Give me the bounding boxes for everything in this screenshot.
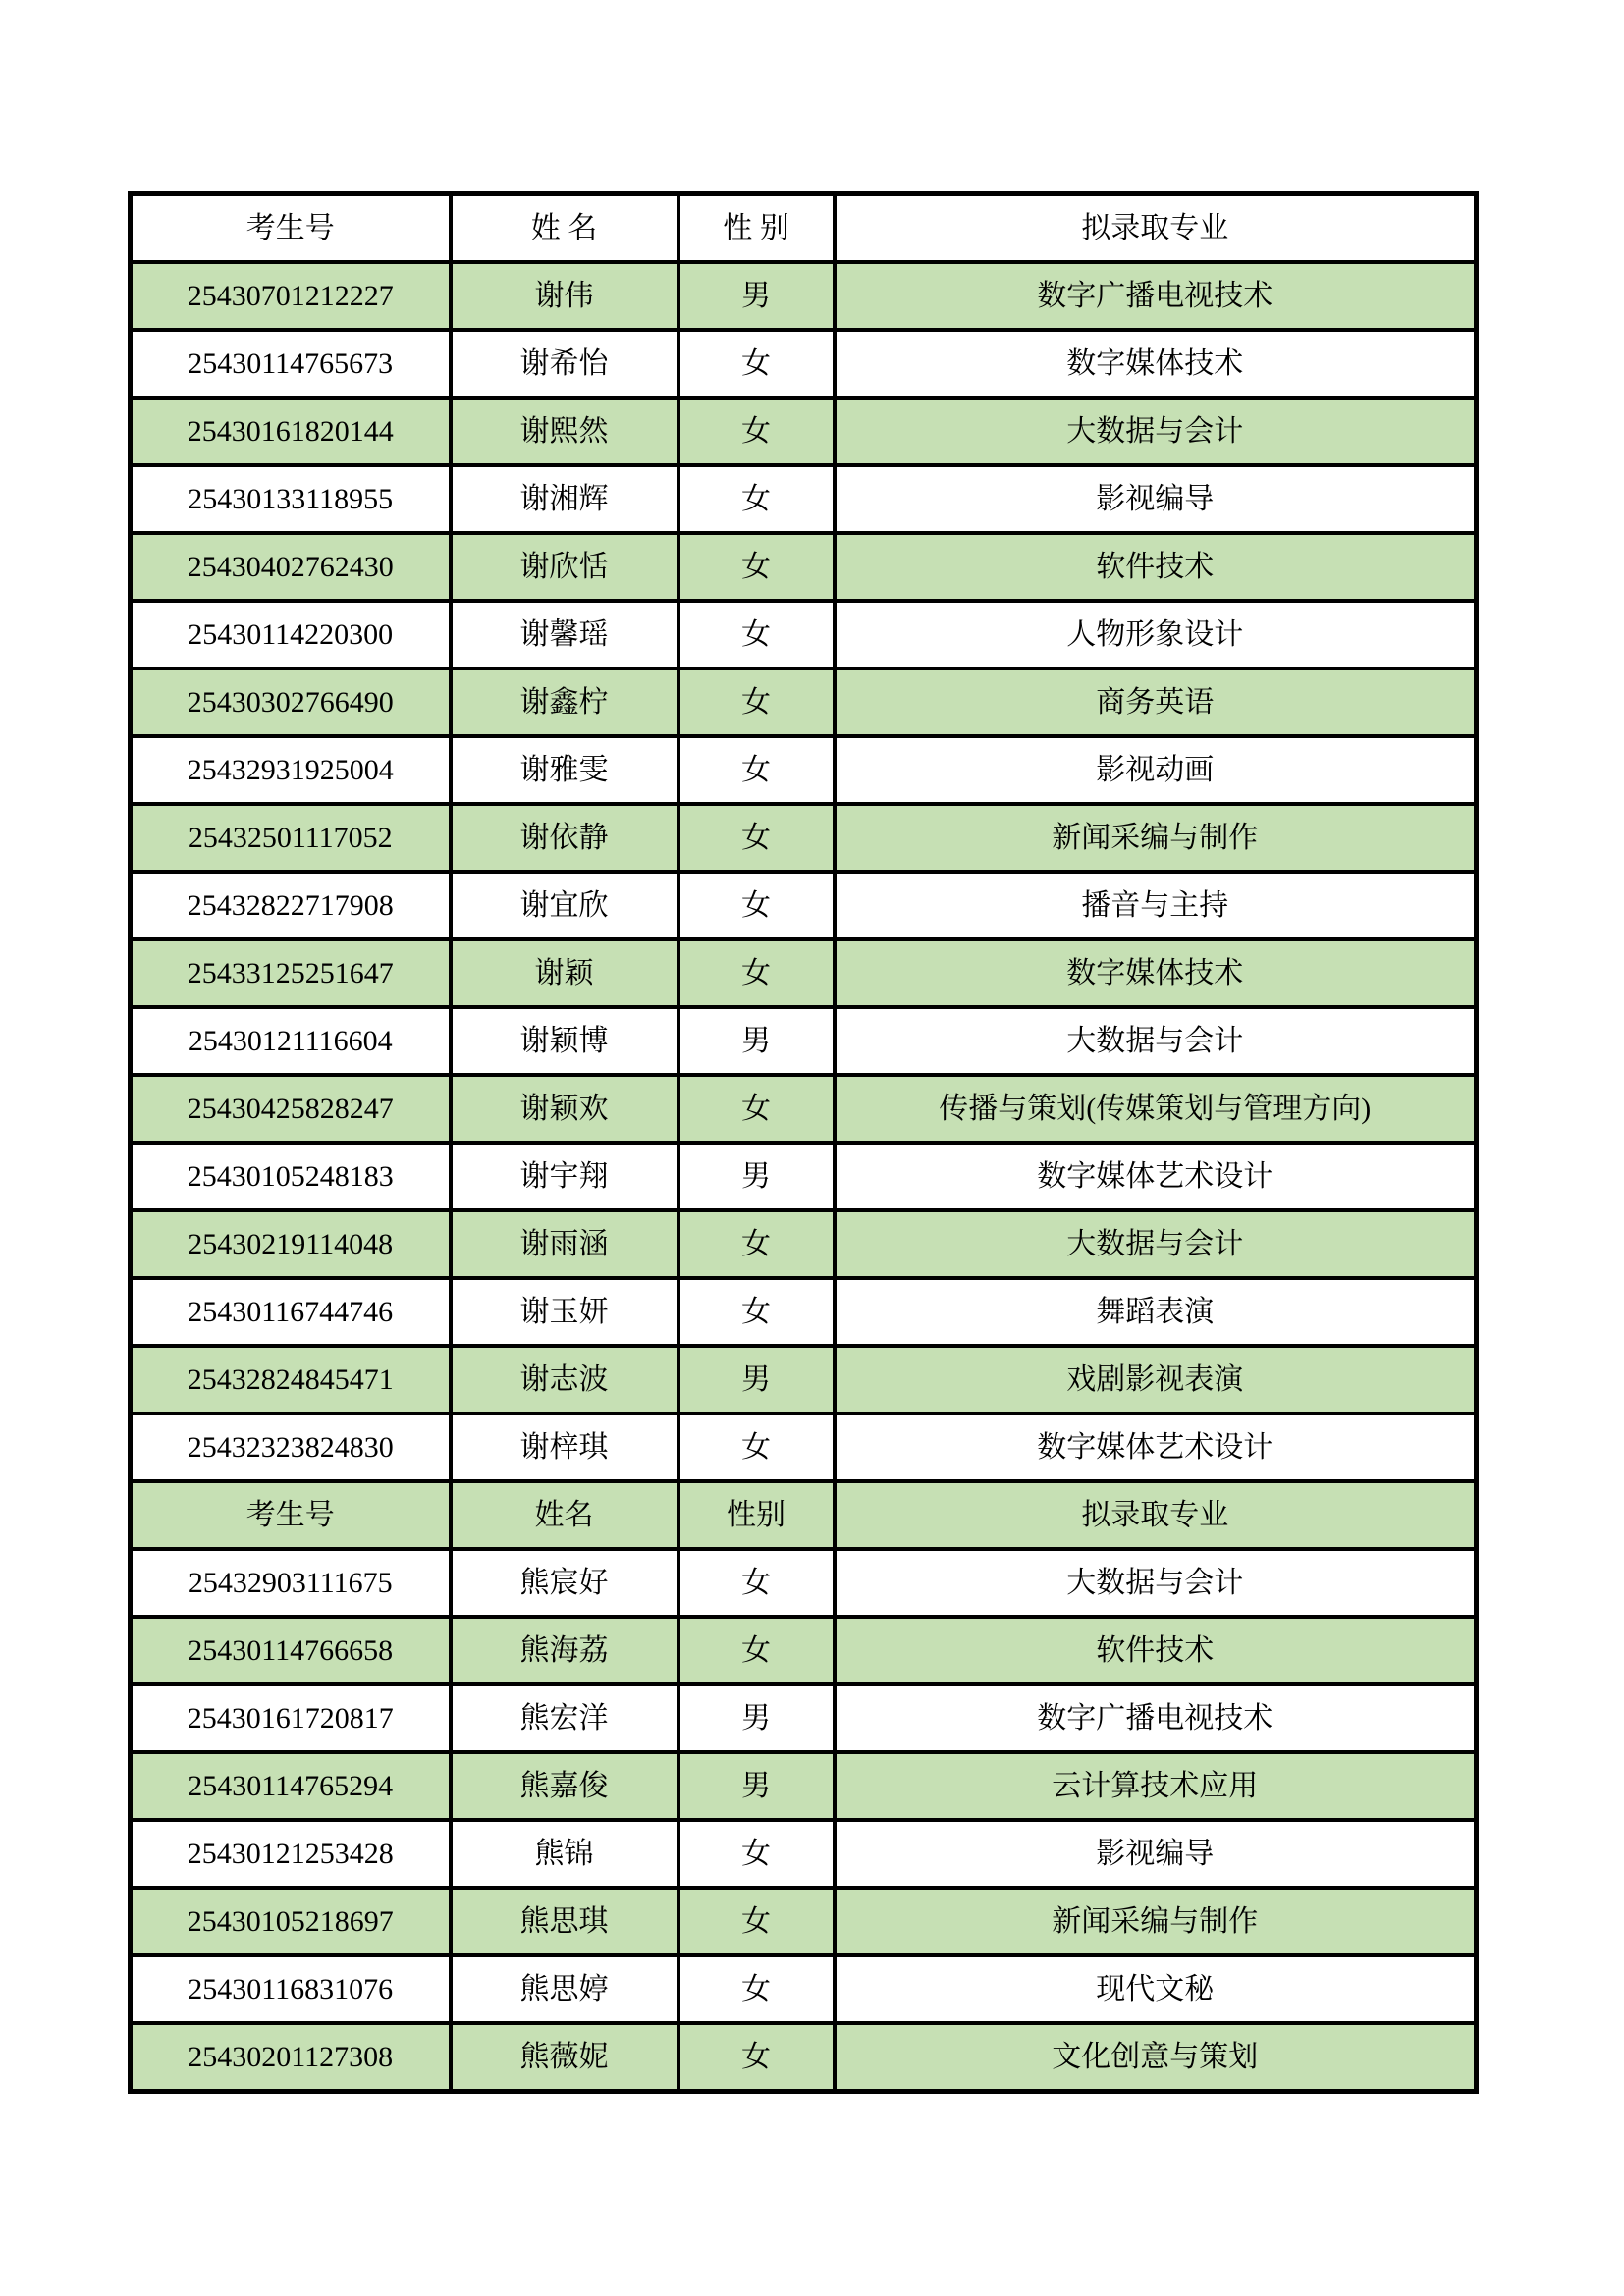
document-page: 考生号 姓 名 性 别 拟录取专业 25430701212227 谢伟 男 数字… [0,0,1624,2296]
cell-name: 姓名 [451,1481,678,1549]
cell-major: 数字广播电视技术 [835,1684,1477,1752]
cell-major: 播音与主持 [835,872,1477,939]
cell-name: 谢鑫柠 [451,668,678,736]
cell-name: 谢宇翔 [451,1143,678,1210]
cell-gender: 女 [678,872,835,939]
cell-gender: 男 [678,1684,835,1752]
cell-name: 熊锦 [451,1820,678,1888]
header-cell-gender: 性 别 [678,194,835,263]
cell-major: 影视编导 [835,1820,1477,1888]
cell-gender: 男 [678,1346,835,1414]
cell-exam-id: 25430425828247 [131,1075,451,1143]
cell-name: 熊思婷 [451,1955,678,2023]
cell-name: 谢宜欣 [451,872,678,939]
cell-gender: 女 [678,668,835,736]
cell-exam-id: 25433125251647 [131,939,451,1007]
cell-exam-id: 25432822717908 [131,872,451,939]
cell-major: 商务英语 [835,668,1477,736]
header-cell-major: 拟录取专业 [835,194,1477,263]
table-row: 25432323824830 谢梓琪 女 数字媒体艺术设计 [131,1414,1477,1481]
cell-name: 谢雨涵 [451,1210,678,1278]
cell-gender: 男 [678,1143,835,1210]
cell-major: 影视编导 [835,465,1477,533]
cell-name: 熊宸好 [451,1549,678,1617]
cell-gender: 女 [678,533,835,601]
table-row: 25432903111675 熊宸好 女 大数据与会计 [131,1549,1477,1617]
cell-major: 舞蹈表演 [835,1278,1477,1346]
cell-major: 数字媒体技术 [835,939,1477,1007]
cell-name: 熊思琪 [451,1888,678,1955]
header-cell-exam-id: 考生号 [131,194,451,263]
table-row: 25432824845471 谢志波 男 戏剧影视表演 [131,1346,1477,1414]
cell-major: 新闻采编与制作 [835,804,1477,872]
table-row: 25430114220300 谢馨瑶 女 人物形象设计 [131,601,1477,668]
cell-exam-id: 25430161720817 [131,1684,451,1752]
cell-exam-id: 25430116744746 [131,1278,451,1346]
cell-major: 软件技术 [835,533,1477,601]
cell-name: 谢依静 [451,804,678,872]
table-row: 25430121253428 熊锦 女 影视编导 [131,1820,1477,1888]
cell-exam-id: 25432501117052 [131,804,451,872]
cell-name: 谢颖欢 [451,1075,678,1143]
cell-gender: 男 [678,1007,835,1075]
admission-roster-table: 考生号 姓 名 性 别 拟录取专业 25430701212227 谢伟 男 数字… [128,191,1479,2094]
cell-major: 数字广播电视技术 [835,262,1477,330]
cell-major: 数字媒体艺术设计 [835,1143,1477,1210]
cell-major: 大数据与会计 [835,398,1477,465]
cell-major: 大数据与会计 [835,1007,1477,1075]
cell-major: 数字媒体艺术设计 [835,1414,1477,1481]
cell-exam-id: 25430302766490 [131,668,451,736]
cell-gender: 女 [678,1617,835,1684]
cell-exam-id: 25430121253428 [131,1820,451,1888]
cell-name: 谢志波 [451,1346,678,1414]
cell-exam-id: 25430201127308 [131,2023,451,2092]
cell-exam-id: 25432323824830 [131,1414,451,1481]
cell-gender: 性别 [678,1481,835,1549]
cell-gender: 女 [678,398,835,465]
cell-exam-id: 25430701212227 [131,262,451,330]
cell-exam-id: 25430402762430 [131,533,451,601]
cell-exam-id: 25430105218697 [131,1888,451,1955]
table-body: 25430701212227 谢伟 男 数字广播电视技术 25430114765… [131,262,1477,2092]
table-row: 25430114765673 谢希怡 女 数字媒体技术 [131,330,1477,398]
table-row: 25430161820144 谢熙然 女 大数据与会计 [131,398,1477,465]
cell-exam-id: 25432903111675 [131,1549,451,1617]
table-row: 25430302766490 谢鑫柠 女 商务英语 [131,668,1477,736]
cell-gender: 女 [678,939,835,1007]
cell-major: 人物形象设计 [835,601,1477,668]
cell-gender: 女 [678,1955,835,2023]
cell-gender: 女 [678,736,835,804]
table-row: 考生号 姓名 性别 拟录取专业 [131,1481,1477,1549]
table-row: 25430105218697 熊思琪 女 新闻采编与制作 [131,1888,1477,1955]
cell-name: 熊嘉俊 [451,1752,678,1820]
cell-name: 谢熙然 [451,398,678,465]
cell-major: 传播与策划(传媒策划与管理方向) [835,1075,1477,1143]
cell-name: 熊海荔 [451,1617,678,1684]
cell-name: 谢湘辉 [451,465,678,533]
table-row: 25432822717908 谢宜欣 女 播音与主持 [131,872,1477,939]
cell-name: 谢梓琪 [451,1414,678,1481]
cell-exam-id: 25430114765294 [131,1752,451,1820]
table-row: 25430116744746 谢玉妍 女 舞蹈表演 [131,1278,1477,1346]
cell-gender: 女 [678,465,835,533]
cell-gender: 女 [678,1075,835,1143]
cell-gender: 女 [678,1210,835,1278]
cell-major: 大数据与会计 [835,1210,1477,1278]
table-row: 25433125251647 谢颖 女 数字媒体技术 [131,939,1477,1007]
cell-gender: 女 [678,330,835,398]
cell-exam-id: 25430219114048 [131,1210,451,1278]
cell-name: 谢欣恬 [451,533,678,601]
cell-major: 现代文秘 [835,1955,1477,2023]
cell-major: 戏剧影视表演 [835,1346,1477,1414]
table-row: 25430425828247 谢颖欢 女 传播与策划(传媒策划与管理方向) [131,1075,1477,1143]
cell-major: 影视动画 [835,736,1477,804]
cell-exam-id: 25430114766658 [131,1617,451,1684]
cell-exam-id: 25430114220300 [131,601,451,668]
cell-gender: 女 [678,804,835,872]
cell-exam-id: 25430121116604 [131,1007,451,1075]
cell-exam-id: 25430133118955 [131,465,451,533]
cell-gender: 女 [678,1278,835,1346]
cell-gender: 女 [678,1549,835,1617]
cell-major: 新闻采编与制作 [835,1888,1477,1955]
cell-major: 大数据与会计 [835,1549,1477,1617]
cell-name: 谢希怡 [451,330,678,398]
cell-name: 谢颖 [451,939,678,1007]
table-row: 25430219114048 谢雨涵 女 大数据与会计 [131,1210,1477,1278]
cell-exam-id: 25430114765673 [131,330,451,398]
cell-gender: 女 [678,1820,835,1888]
table-row: 25430133118955 谢湘辉 女 影视编导 [131,465,1477,533]
table-row: 25430114766658 熊海荔 女 软件技术 [131,1617,1477,1684]
cell-gender: 女 [678,1414,835,1481]
cell-name: 谢颖博 [451,1007,678,1075]
cell-major: 数字媒体技术 [835,330,1477,398]
table-row: 25430161720817 熊宏洋 男 数字广播电视技术 [131,1684,1477,1752]
cell-name: 谢雅雯 [451,736,678,804]
cell-exam-id: 25430105248183 [131,1143,451,1210]
cell-gender: 女 [678,2023,835,2092]
cell-exam-id: 25430116831076 [131,1955,451,2023]
table-row: 25430105248183 谢宇翔 男 数字媒体艺术设计 [131,1143,1477,1210]
cell-name: 熊薇妮 [451,2023,678,2092]
cell-gender: 女 [678,601,835,668]
cell-gender: 男 [678,262,835,330]
cell-exam-id: 25432824845471 [131,1346,451,1414]
header-cell-name: 姓 名 [451,194,678,263]
cell-exam-id: 考生号 [131,1481,451,1549]
table-row: 25430402762430 谢欣恬 女 软件技术 [131,533,1477,601]
cell-major: 拟录取专业 [835,1481,1477,1549]
cell-gender: 女 [678,1888,835,1955]
table-header-row: 考生号 姓 名 性 别 拟录取专业 [131,194,1477,263]
table-row: 25432931925004 谢雅雯 女 影视动画 [131,736,1477,804]
table-row: 25430121116604 谢颖博 男 大数据与会计 [131,1007,1477,1075]
cell-exam-id: 25430161820144 [131,398,451,465]
cell-major: 软件技术 [835,1617,1477,1684]
cell-name: 熊宏洋 [451,1684,678,1752]
cell-gender: 男 [678,1752,835,1820]
table-row: 25430116831076 熊思婷 女 现代文秘 [131,1955,1477,2023]
cell-name: 谢馨瑶 [451,601,678,668]
cell-major: 云计算技术应用 [835,1752,1477,1820]
cell-name: 谢伟 [451,262,678,330]
cell-major: 文化创意与策划 [835,2023,1477,2092]
table-row: 25430701212227 谢伟 男 数字广播电视技术 [131,262,1477,330]
table-row: 25430201127308 熊薇妮 女 文化创意与策划 [131,2023,1477,2092]
table-row: 25432501117052 谢依静 女 新闻采编与制作 [131,804,1477,872]
table-row: 25430114765294 熊嘉俊 男 云计算技术应用 [131,1752,1477,1820]
cell-exam-id: 25432931925004 [131,736,451,804]
cell-name: 谢玉妍 [451,1278,678,1346]
